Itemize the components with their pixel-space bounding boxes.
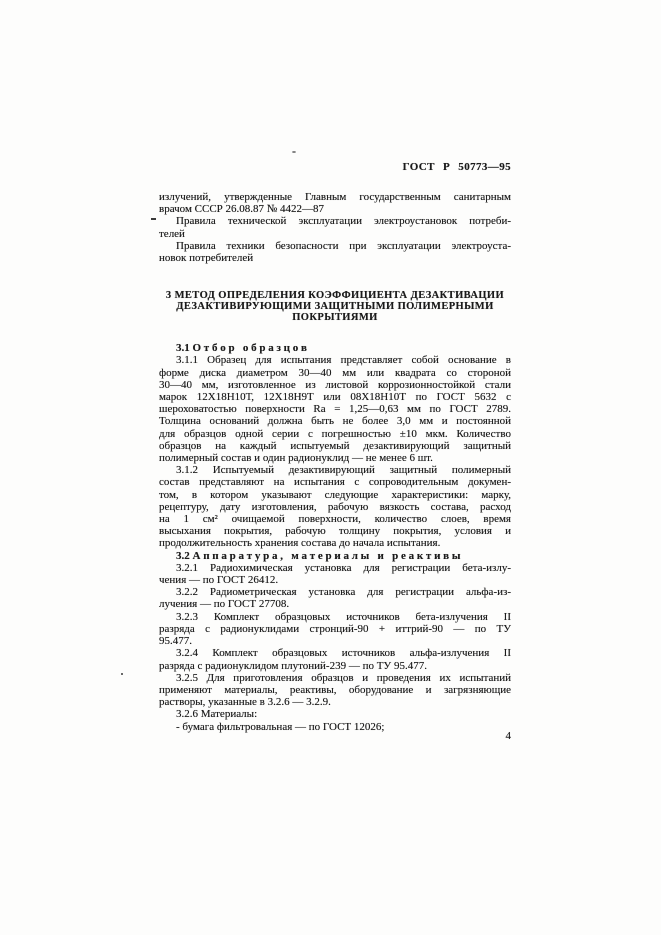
text-line: том, в котором указывают следующие харак… [159, 489, 511, 501]
text-line: 3.1.1 Образец для испытания представляет… [159, 354, 511, 366]
text-line: для образцов одной серии с погрешностью … [159, 428, 511, 440]
document-page: - ГОСТ Р 50773—95 излучений, утвержденны… [0, 0, 661, 935]
text-line: Толщина оснований должна быть не более 3… [159, 415, 511, 427]
section-heading-line: ДЕЗАКТИВИРУЮЩИМИ ЗАЩИТНЫМИ ПОЛИМЕРНЫМИ [163, 301, 507, 312]
text-line: 3.2.6 Материалы: [159, 708, 511, 720]
text-line: образцов на каждый испытуемый дезактивир… [159, 440, 511, 452]
text-line: 3.2.5 Для приготовления образцов и прове… [159, 672, 511, 684]
text-line: растворы, указанные в 3.2.6 — 3.2.9. [159, 696, 511, 708]
text-line: 3.2.4 Комплект образцовых источников аль… [159, 647, 511, 659]
text-line: новок потребителей [159, 252, 511, 264]
scan-artifact [151, 218, 156, 220]
text-line: полимерный состав и один радионуклид — н… [159, 452, 511, 464]
page-number: 4 [159, 730, 511, 742]
text-line: продолжительность хранения состава до на… [159, 537, 511, 549]
text-line: разряда с радионуклидами стронций-90 + и… [159, 623, 511, 635]
text-line: Правила технической эксплуатации электро… [159, 215, 511, 227]
section-heading-line: 3 МЕТОД ОПРЕДЕЛЕНИЯ КОЭФФИЦИЕНТА ДЕЗАКТИ… [163, 290, 507, 301]
text-line: 95.477. [159, 635, 511, 647]
subsection-heading: 3.2 А п п а р а т у р а , м а т е р и а … [159, 550, 511, 562]
text-line: 3.1.2 Испытуемый дезактивирующий защитны… [159, 464, 511, 476]
text-line: шероховатостью поверхности Ra = 1,25—0,6… [159, 403, 511, 415]
text-line: разряда с радионуклидом плутоний-239 — п… [159, 660, 511, 672]
text-column: излучений, утвержденные Главным государс… [159, 191, 511, 733]
section-heading-line: ПОКРЫТИЯМИ [163, 312, 507, 323]
text-line: применяют материалы, реактивы, оборудова… [159, 684, 511, 696]
scan-mark: - [292, 144, 296, 159]
text-line: телей [159, 228, 511, 240]
text-line: рецептуру, дату изготовления, рабочую вя… [159, 501, 511, 513]
text-line: излучений, утвержденные Главным государс… [159, 191, 511, 203]
running-header: ГОСТ Р 50773—95 [159, 161, 511, 173]
subsection-heading: 3.1 О т б о р о б р а з ц о в [159, 342, 511, 354]
text-line: 3.2.1 Радиохимическая установка для реги… [159, 562, 511, 574]
text-line: на 1 см² очищаемой поверхности, количест… [159, 513, 511, 525]
text-line: Правила техники безопасности при эксплуа… [159, 240, 511, 252]
text-line: марок 12Х18Н10Т, 12Х18Н9Т или 08Х18Н10Т … [159, 391, 511, 403]
text-line: форме диска диаметром 30—40 мм или квадр… [159, 367, 511, 379]
text-line: 3.2.2 Радиометрическая установка для рег… [159, 586, 511, 598]
text-line: 3.2.3 Комплект образцовых источников бет… [159, 611, 511, 623]
scan-artifact [121, 673, 123, 675]
text-line: лучения — по ГОСТ 27708. [159, 598, 511, 610]
section-heading: 3 МЕТОД ОПРЕДЕЛЕНИЯ КОЭФФИЦИЕНТА ДЕЗАКТИ… [163, 290, 507, 323]
text-line: чения — по ГОСТ 26412. [159, 574, 511, 586]
text-line: врачом СССР 26.08.87 № 4422—87 [159, 203, 511, 215]
text-line: 30—40 мм, изготовленное из листовой корр… [159, 379, 511, 391]
text-line: высыхания покрытия, рабочую толщину покр… [159, 525, 511, 537]
text-line: состав представляют на испытания с сопро… [159, 476, 511, 488]
